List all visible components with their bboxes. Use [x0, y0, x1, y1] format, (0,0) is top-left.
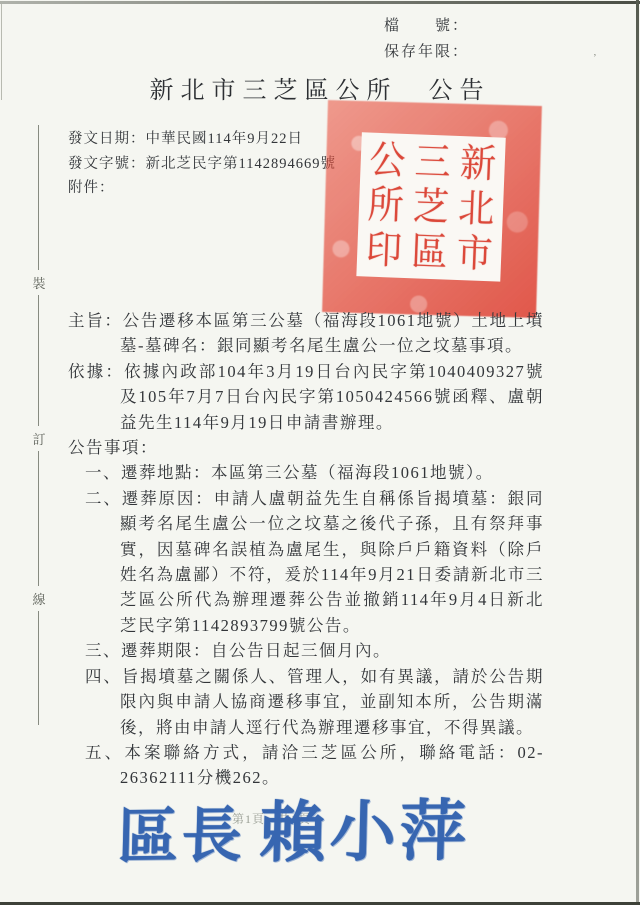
item-3-no: 三、	[85, 641, 121, 660]
scan-edge-top	[0, 1, 640, 4]
attachment-label: 附件：	[68, 176, 336, 201]
scan-speck: ʼ	[593, 52, 597, 64]
item-2: 二、遷葬原因：申請人盧朝益先生自稱係旨揭墳墓：銀同顯考名尾生盧公一位之坟墓之後代…	[68, 486, 544, 638]
seal-char: 市	[456, 234, 493, 274]
doc-no-line: 發文字號：新北芝民字第1142894669號	[68, 152, 336, 177]
item-3-text: 遷葬期限：自公告日起三個月內。	[121, 641, 391, 660]
binding-mark-ding: 訂	[31, 426, 47, 451]
items-header: 公告事項：	[68, 435, 544, 460]
item-1-text: 遷葬地點：本區第三公墓（福海段1061地號）。	[121, 463, 494, 482]
seal-char: 北	[458, 189, 495, 229]
subject-label: 主旨：	[68, 311, 123, 330]
item-4-no: 四、	[85, 667, 122, 686]
seal-char: 所	[367, 185, 404, 225]
basis-label: 依據：	[68, 362, 124, 381]
item-5-no: 五、	[85, 743, 124, 762]
item-2-text: 遷葬原因：申請人盧朝益先生自稱係旨揭墳墓：銀同顯考名尾生盧公一位之坟墓之後代子孫…	[120, 489, 544, 635]
subject-paragraph: 主旨：公告遷移本區第三公墓（福海段1061地號）土地上墳墓-墓碑名：銀同顯考名尾…	[68, 308, 544, 359]
basis-paragraph: 依據：依據內政部104年3月19日台內民字第1040409327號及105年7月…	[68, 359, 544, 435]
issuing-meta: 發文日期：中華民國114年9月22日 發文字號：新北芝民字第1142894669…	[68, 127, 336, 201]
item-4-text: 旨揭墳墓之關係人、管理人，如有異議，請於公告期限內與申請人協商遷移事宜，並副知本…	[120, 667, 544, 737]
retention-label: 保存年限：	[384, 39, 469, 65]
item-3: 三、遷葬期限：自公告日起三個月內。	[68, 638, 544, 663]
scan-edge-right	[636, 0, 639, 905]
seal-char: 三	[414, 142, 451, 182]
subject-text: 公告遷移本區第三公墓（福海段1061地號）土地上墳墓-墓碑名：銀同顯考名尾生盧公…	[120, 311, 544, 355]
binding-mark-zhuang: 裝	[31, 270, 47, 295]
district-chief-signature-stamp: 區長賴小萍	[117, 777, 519, 876]
announcement-body: 主旨：公告遷移本區第三公墓（福海段1061地號）土地上墳墓-墓碑名：銀同顯考名尾…	[68, 308, 544, 791]
signature-name: 賴小萍	[259, 795, 471, 870]
basis-text: 依據內政部104年3月19日台內民字第1040409327號及105年7月7日台…	[120, 362, 544, 432]
page-title: 新北市三芝區公所 公告	[0, 70, 640, 105]
seal-char: 印	[365, 230, 402, 270]
seal-text-area: 公 三 新 所 芝 北 印 區 市	[356, 132, 505, 281]
seal-char: 新	[459, 143, 496, 183]
seal-char: 區	[411, 232, 448, 272]
file-no-label: 檔 號：	[384, 13, 469, 39]
item-1: 一、遷葬地點：本區第三公墓（福海段1061地號）。	[68, 460, 544, 485]
signature-title: 區長	[117, 803, 247, 870]
seal-char: 芝	[412, 187, 449, 227]
binding-line	[38, 125, 39, 725]
item-4: 四、旨揭墳墓之關係人、管理人，如有異議，請於公告期限內與申請人協商遷移事宜，並副…	[68, 664, 544, 740]
official-seal-stamp: 公 三 新 所 芝 北 印 區 市	[322, 100, 542, 318]
seal-char: 公	[369, 140, 406, 180]
issue-date-line: 發文日期：中華民國114年9月22日	[68, 127, 336, 152]
item-1-no: 一、	[85, 463, 121, 482]
file-header: 檔 號： 保存年限：	[384, 13, 469, 65]
item-2-no: 二、	[85, 489, 122, 508]
binding-mark-xian: 線	[31, 586, 47, 611]
